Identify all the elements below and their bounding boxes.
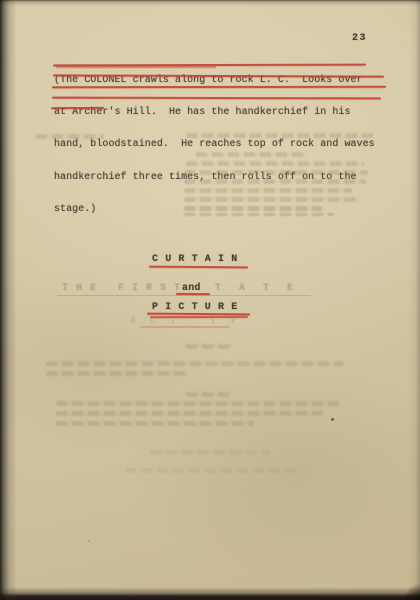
- page-number: 23: [352, 33, 367, 44]
- bleedthrough-line: [186, 133, 374, 138]
- curtain-heading: C U R T A I N: [152, 254, 238, 265]
- bleedthrough-title-right: T A T E: [215, 283, 299, 294]
- red-underline-faint: [140, 326, 230, 328]
- bleedthrough-line: [36, 134, 104, 139]
- stage-direction-line: hand, bloodstained. He reaches top of ro…: [54, 140, 375, 151]
- paper-speck: [331, 418, 334, 421]
- bleedthrough-line: [184, 213, 334, 216]
- bleedthrough-line: [46, 371, 188, 376]
- bleedthrough-title-left: T H E F I R S T: [62, 283, 181, 294]
- paper-speck: [88, 540, 90, 542]
- red-underline: [149, 265, 248, 268]
- bleedthrough-line: [184, 170, 368, 175]
- stage-direction-line: (The COLONEL crawls along to rock L. C. …: [54, 76, 375, 87]
- red-underline-faint: [57, 295, 311, 297]
- bleedthrough-line: [125, 468, 295, 473]
- bleedthrough-line: [46, 361, 344, 366]
- bleedthrough-line: [150, 450, 270, 455]
- picture-heading: P I C T U R E: [152, 302, 238, 313]
- bleedthrough-line: [196, 152, 308, 157]
- red-underline: [147, 312, 250, 314]
- red-underline: [56, 66, 216, 68]
- bleedthrough-line: [56, 411, 324, 416]
- stage-direction-line: at Archer's Hill. He has the handkerchie…: [54, 108, 375, 119]
- bleedthrough-line: [184, 206, 322, 211]
- bleedthrough-line: [186, 344, 234, 349]
- bleedthrough-line: [184, 188, 352, 193]
- bleedthrough-line: [56, 421, 254, 426]
- manuscript-page: 23 (The COLONEL crawls along to rock L. …: [0, 0, 420, 600]
- paper-speck: [106, 177, 108, 179]
- bleedthrough-line: [184, 197, 360, 202]
- bleedthrough-line: [186, 392, 234, 397]
- bleedthrough-line: [186, 161, 364, 166]
- bleedthrough-line: [56, 401, 340, 406]
- bleedthrough-line: [184, 179, 366, 184]
- red-underline: [176, 292, 210, 294]
